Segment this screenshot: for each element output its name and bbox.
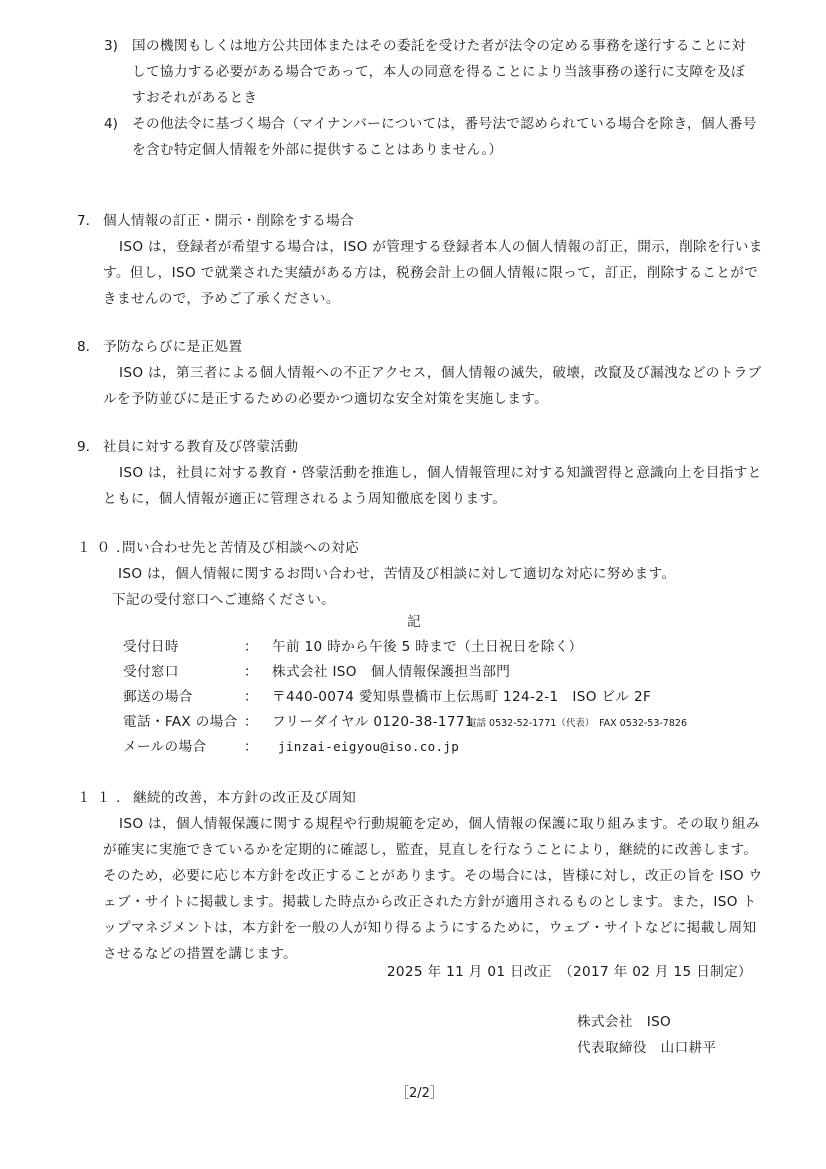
- section-body-line: ISO は，個人情報に関するお問い合わせ，苦情及び相談に対して適切な対応に努めま…: [118, 565, 675, 583]
- section-body-line: ともに，個人情報が適正に管理されるよう周知徹底を図ります。: [103, 490, 506, 508]
- section-body-line: 下記の受付窓口へご連絡ください。: [112, 591, 335, 609]
- section-body-line: ェブ・サイトに掲載します。掲載した時点から改正された方針が適用されるものとします…: [103, 893, 756, 911]
- document-page: 3) 国の機関もしくは地方公共団体またはその委託を受けた者が法令の定める事務を遂…: [0, 0, 826, 1169]
- section-body-line: す。但し，ISO で就業された実績がある方は，税務会計上の個人情報に限って，訂正…: [103, 264, 758, 282]
- contact-separator: ：: [244, 738, 258, 756]
- representative-name: 代表取締役 山口耕平: [577, 1039, 716, 1057]
- contact-value-small: 電話 0532-52-1771（代表） FAX 0532-53-7826: [467, 715, 687, 733]
- contact-label: 受付日時: [123, 638, 179, 656]
- list-item-line: して協力する必要がある場合であって，本人の同意を得ることにより当該事務の遂行に支…: [132, 63, 745, 81]
- section-number: 9．: [77, 438, 99, 456]
- list-item-line: 国の機関もしくは地方公共団体またはその委託を受けた者が法令の定める事務を遂行する…: [132, 37, 746, 55]
- section-title: 問い合わせ先と苦情及び相談への対応: [122, 539, 359, 557]
- contact-value: 午前 10 時から午後 5 時まで（土日祝日を除く）: [272, 638, 583, 656]
- contact-label: 電話・FAX の場合: [123, 713, 238, 731]
- contact-separator: ：: [244, 663, 258, 681]
- list-item-line: すおそれがあるとき: [132, 89, 258, 107]
- revision-date: 2025 年 11 月 01 日改正 （2017 年 02 月 15 日制定）: [387, 963, 752, 981]
- section-title: 個人情報の訂正・開示・削除をする場合: [103, 212, 354, 230]
- section-title: 社員に対する教育及び啓蒙活動: [103, 438, 298, 456]
- email-link[interactable]: jinzai-eigyou@iso.co.jp: [278, 738, 459, 756]
- section-body-line: させるなどの措置を講じます。: [103, 945, 297, 963]
- section-title: 継続的改善，本方針の改正及び周知: [133, 789, 356, 807]
- section-number: 8．: [77, 338, 99, 356]
- section-body-line: が確実に実施できているかを定期的に確認し，監査，見直しを行なうことにより，継続的…: [103, 841, 757, 859]
- list-item-number: 4): [104, 115, 118, 133]
- contact-value: 株式会社 ISO 個人情報保護担当部門: [272, 663, 510, 681]
- section-body-line: ISO は，登録者が希望する場合は，ISO が管理する登録者本人の個人情報の訂正…: [119, 238, 763, 256]
- section-body-line: ップマネジメントは，本方針を一般の人が知り得るようにするために，ウェブ・サイトな…: [103, 919, 756, 937]
- contact-label: メールの場合: [123, 738, 206, 756]
- section-body-line: きませんので，予めご了承ください。: [103, 290, 340, 308]
- contact-separator: ：: [244, 713, 258, 731]
- list-item-line: その他法令に基づく場合（マイナンバーについては，番号法で認められている場合を除き…: [132, 115, 757, 133]
- section-body-line: ISO は，個人情報保護に関する規程や行動規範を定め，個人情報の保護に取り組みま…: [119, 815, 760, 833]
- company-name: 株式会社 ISO: [577, 1013, 671, 1031]
- section-number: 7．: [77, 212, 99, 230]
- list-item-line: を含む特定個人情報を外部に提供することはありません。）: [132, 141, 503, 159]
- contact-label: 受付窓口: [123, 663, 179, 681]
- section-body-line: ルを予防並びに是正するための必要かつ適切な安全対策を実施します。: [103, 390, 548, 408]
- contact-value: フリーダイヤル 0120-38-1771: [272, 713, 474, 731]
- section-body-line: ISO は，第三者による個人情報への不正アクセス，個人情報の滅失，破壊，改竄及び…: [119, 364, 762, 382]
- section-body-line: そのため，必要に応じ本方針を改正することがあります。その場合には，皆様に対し，改…: [103, 867, 763, 885]
- section-title: 予防ならびに是正処置: [103, 338, 242, 356]
- page-indicator: ［2/2］: [396, 1085, 443, 1103]
- contact-label: 郵送の場合: [123, 688, 193, 706]
- contact-separator: ：: [244, 638, 258, 656]
- contact-value: 〒440-0074 愛知県豊橋市上伝馬町 124-2-1 ISO ビル 2F: [272, 688, 651, 706]
- ki-mark: 記: [407, 613, 421, 631]
- section-number: １１．: [77, 789, 136, 807]
- section-body-line: ISO は，社員に対する教育・啓蒙活動を推進し，個人情報管理に対する知識習得と意…: [119, 464, 762, 482]
- list-item-number: 3): [104, 37, 118, 55]
- contact-separator: ：: [244, 688, 258, 706]
